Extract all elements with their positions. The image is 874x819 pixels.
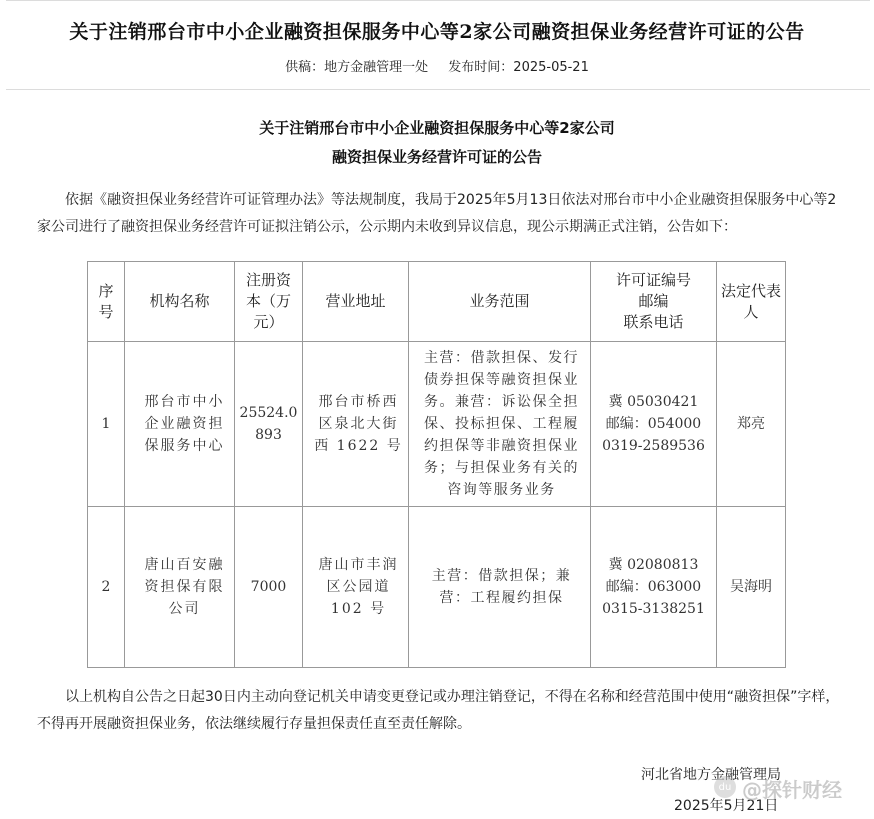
cell-capital: 7000 (235, 507, 303, 668)
col-name: 机构名称 (125, 262, 235, 342)
cell-address: 唐山市丰润区公园道 102 号 (303, 507, 409, 668)
page-title: 关于注销邢台市中小企业融资担保服务中心等2家公司融资担保业务经营许可证的公告 (0, 17, 874, 44)
cell-scope: 主营：借款担保、发行债券担保等融资担保业务。兼营：诉讼保全担保、投标担保、工程履… (409, 342, 591, 507)
cell-license: 冀 05030421 邮编：054000 0319-2589536 (591, 342, 717, 507)
col-rep: 法定代表人 (717, 262, 786, 342)
cell-name: 邢台市中小企业融资担保服务中心 (125, 342, 235, 507)
table-row: 1 邢台市中小企业融资担保服务中心 25524.0893 邢台市桥西区泉北大街西… (88, 342, 786, 507)
col-scope: 业务范围 (409, 262, 591, 342)
cell-scope: 主营：借款担保；兼营：工程履约担保 (409, 507, 591, 668)
document-title-line-1: 关于注销邢台市中小企业融资担保服务中心等2家公司 (0, 117, 874, 138)
header-divider (6, 89, 870, 90)
publish-date: 发布时间：2025-05-21 (448, 60, 589, 75)
table-header-row: 序号 机构名称 注册资本（万元） 营业地址 业务范围 许可证编号 邮编 联系电话… (88, 262, 786, 342)
article-meta: 供稿：地方金融管理一处 发布时间：2025-05-21 (0, 56, 874, 75)
cell-name: 唐山百安融资担保有限公司 (125, 507, 235, 668)
top-divider (6, 0, 870, 1)
source-label: 供稿：地方金融管理一处 (285, 60, 428, 75)
col-seq: 序号 (88, 262, 125, 342)
watermark-text: @探针财经 (742, 774, 842, 803)
col-address: 营业地址 (303, 262, 409, 342)
cell-address: 邢台市桥西区泉北大街西 1622 号 (303, 342, 409, 507)
watermark-paw-icon: du (714, 776, 736, 798)
col-capital: 注册资本（万元） (235, 262, 303, 342)
cell-rep: 郑亮 (717, 342, 786, 507)
cell-seq: 1 (88, 342, 125, 507)
table-row: 2 唐山百安融资担保有限公司 7000 唐山市丰润区公园道 102 号 主营：借… (88, 507, 786, 668)
cell-capital: 25524.0893 (235, 342, 303, 507)
closing-paragraph: 以上机构自公告之日起30日内主动向登记机关申请变更登记或办理注销登记，不得在名称… (37, 684, 847, 738)
cell-rep: 吴海明 (717, 507, 786, 668)
intro-paragraph: 依据《融资担保业务经营许可证管理办法》等法规制度，我局于2025年5月13日依法… (37, 187, 847, 241)
col-license: 许可证编号 邮编 联系电话 (591, 262, 717, 342)
license-table: 序号 机构名称 注册资本（万元） 营业地址 业务范围 许可证编号 邮编 联系电话… (87, 261, 786, 668)
cell-license: 冀 02080813 邮编：063000 0315-3138251 (591, 507, 717, 668)
document-title-line-2: 融资担保业务经营许可证的公告 (0, 146, 874, 167)
cell-seq: 2 (88, 507, 125, 668)
